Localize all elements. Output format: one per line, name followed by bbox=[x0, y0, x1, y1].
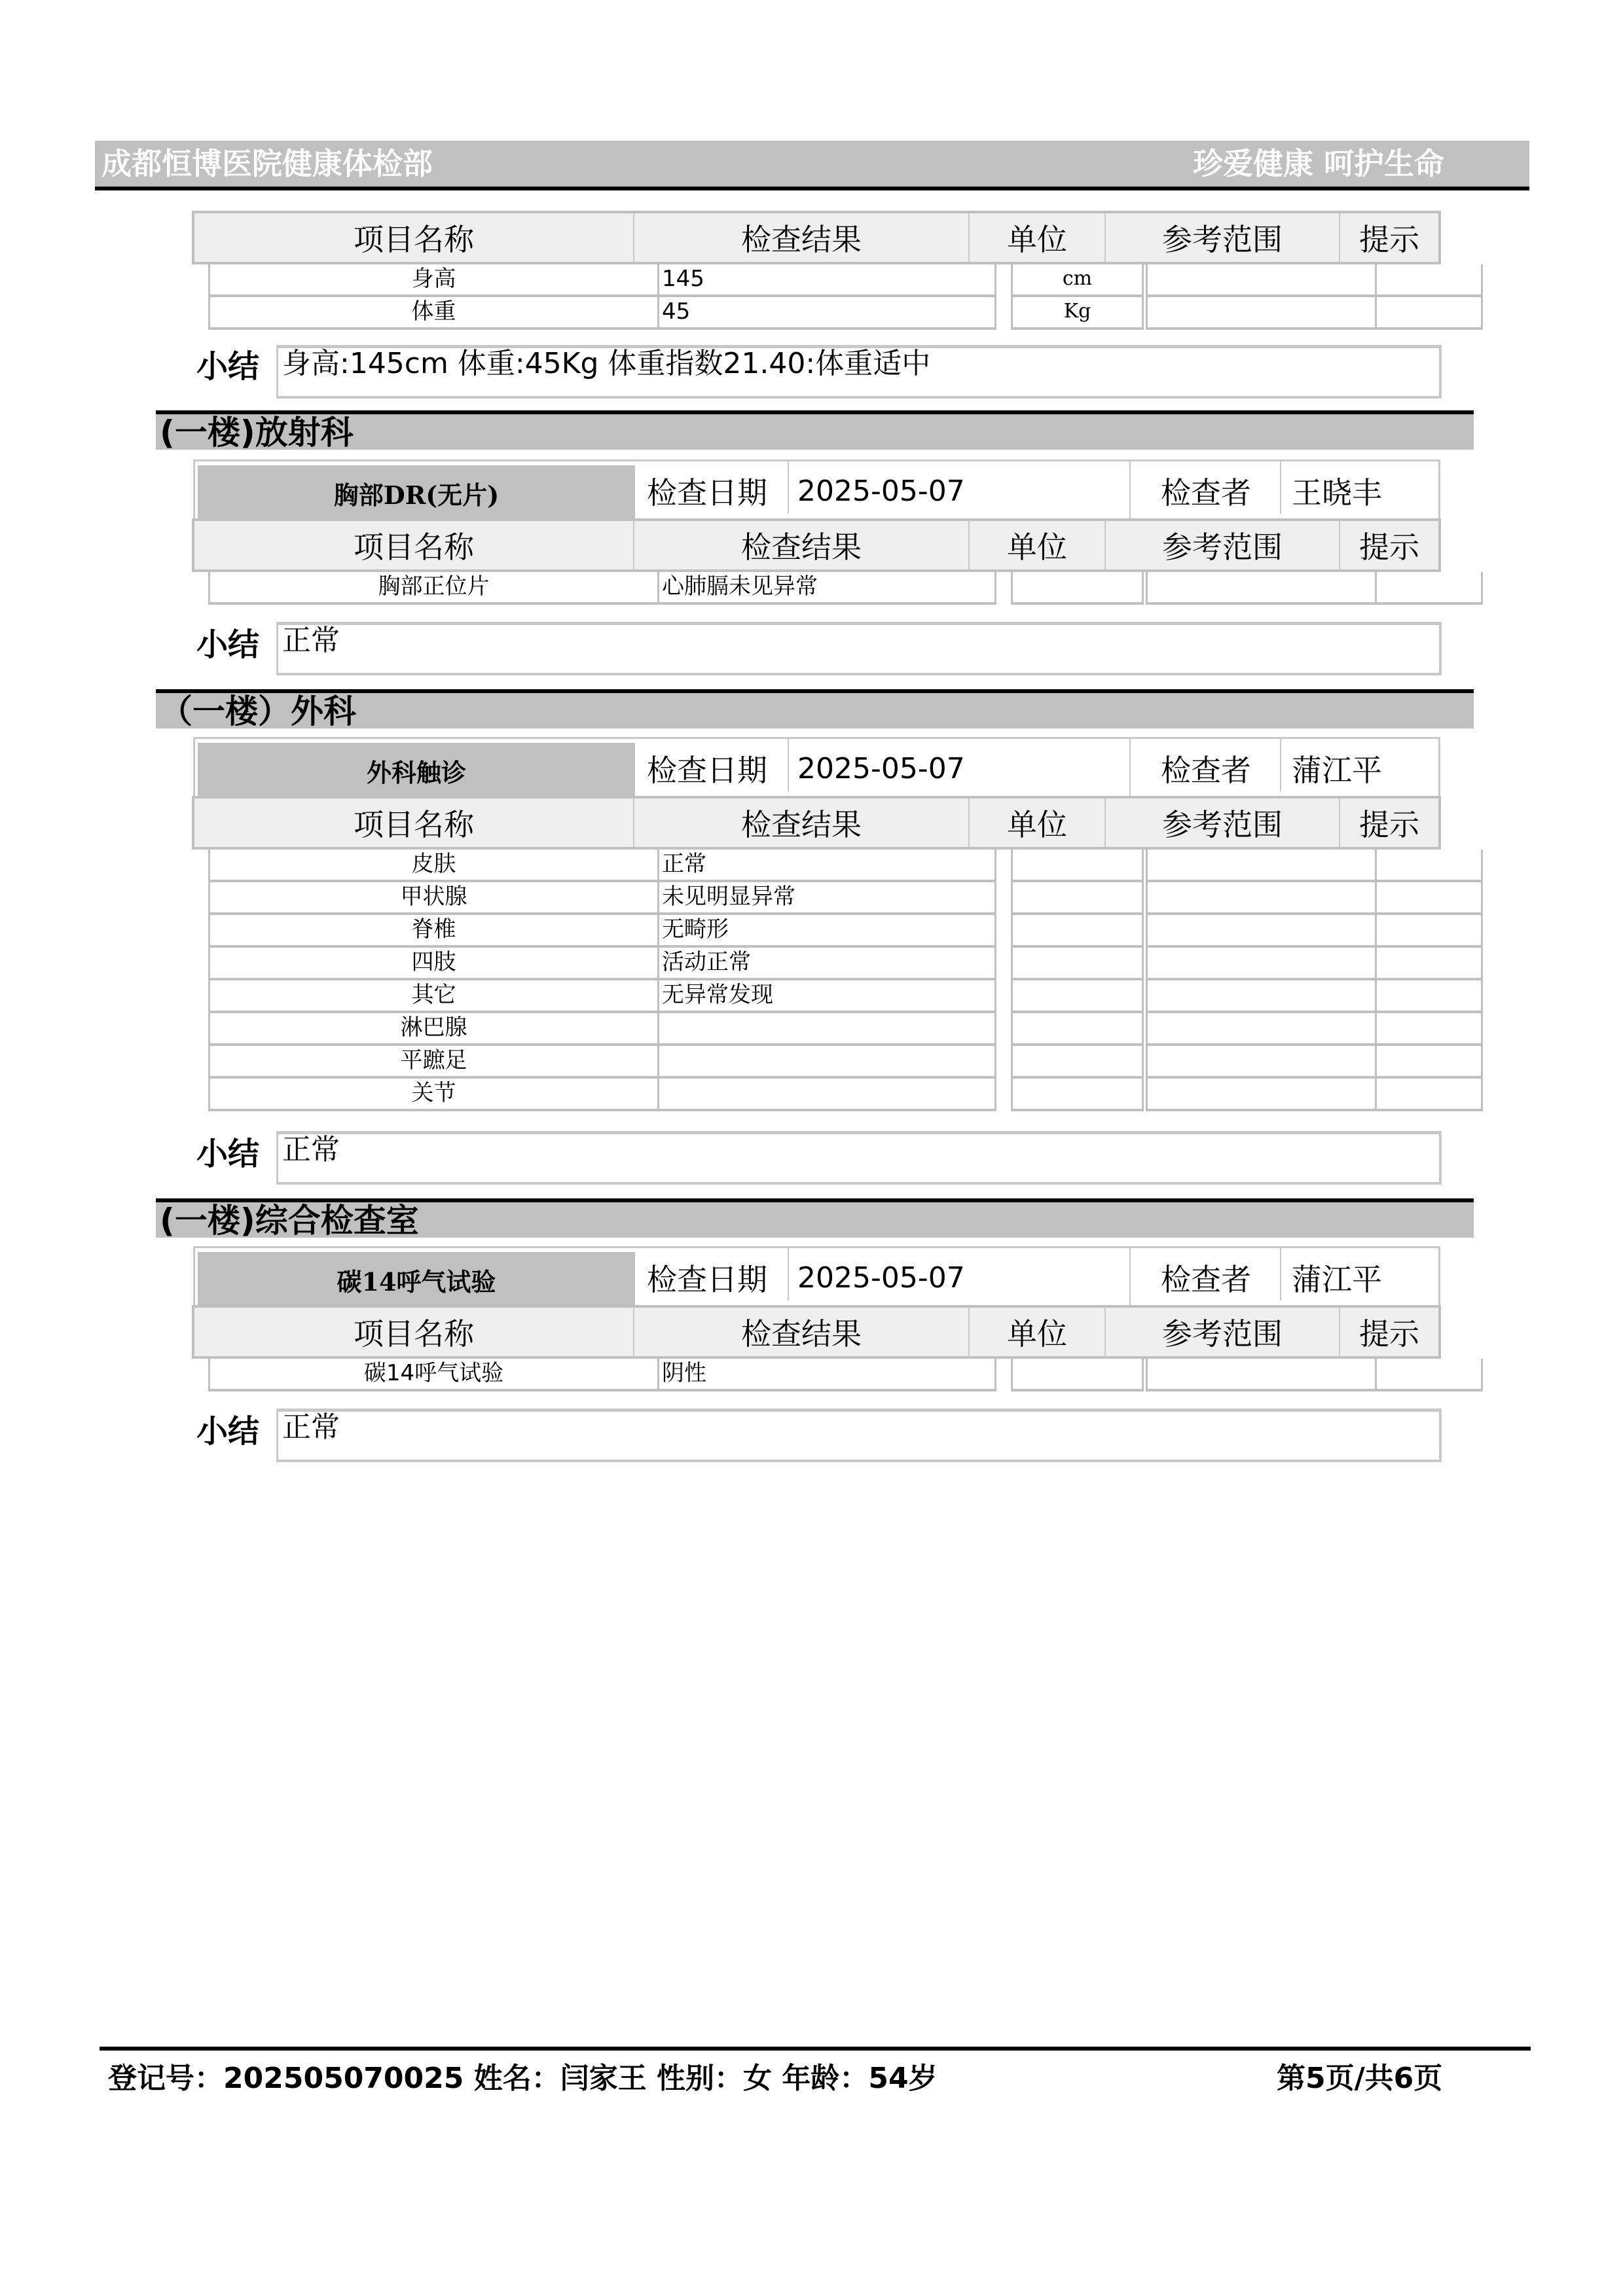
column-header: 项目名称 检查结果 单位 参考范围 提示 bbox=[192, 518, 1441, 572]
exam-date-value: 2025-05-07 bbox=[797, 461, 965, 520]
exam-date-label: 检查日期 bbox=[647, 1248, 767, 1307]
col-item-name: 项目名称 bbox=[194, 798, 634, 847]
row-unit: cm bbox=[1011, 264, 1142, 297]
table-row: 体重 45 Kg bbox=[208, 297, 1485, 330]
row-reference bbox=[1146, 850, 1375, 882]
row-reference bbox=[1146, 1079, 1375, 1111]
row-reference bbox=[1146, 572, 1375, 605]
exam-date-label: 检查日期 bbox=[647, 461, 767, 520]
col-hint: 提示 bbox=[1340, 1308, 1438, 1356]
row-result: 45 bbox=[657, 297, 996, 330]
patient-info: 登记号：202505070025 姓名：闫家王 性别：女 年龄：54岁 bbox=[108, 2060, 938, 2097]
col-reference: 参考范围 bbox=[1106, 521, 1340, 569]
col-reference: 参考范围 bbox=[1106, 798, 1340, 847]
row-result: 正常 bbox=[657, 850, 996, 882]
row-result bbox=[657, 1079, 996, 1111]
row-reference bbox=[1146, 1359, 1375, 1391]
row-item-name: 碳14呼气试验 bbox=[208, 1359, 657, 1391]
page-number: 第5页/共6页 bbox=[1277, 2060, 1442, 2097]
column-header: 项目名称 检查结果 单位 参考范围 提示 bbox=[192, 796, 1441, 850]
row-item-name: 四肢 bbox=[208, 948, 657, 980]
exam-date-label: 检查日期 bbox=[647, 739, 767, 798]
row-hint bbox=[1375, 948, 1483, 980]
summary-box: 正常 bbox=[276, 1408, 1442, 1462]
divider bbox=[1280, 739, 1281, 791]
summary-text: 正常 bbox=[282, 1133, 340, 1167]
table-row: 皮肤 正常 bbox=[208, 850, 1485, 882]
row-reference bbox=[1146, 948, 1375, 980]
row-result: 145 bbox=[657, 264, 996, 297]
row-hint bbox=[1375, 297, 1483, 330]
row-hint bbox=[1375, 980, 1483, 1013]
row-item-name: 身高 bbox=[208, 264, 657, 297]
section-title: (一楼)综合检查室 bbox=[160, 1201, 419, 1240]
summary-label: 小结 bbox=[196, 625, 268, 664]
col-item-name: 项目名称 bbox=[194, 213, 634, 262]
summary-text: 正常 bbox=[282, 1410, 340, 1444]
row-reference bbox=[1146, 297, 1375, 330]
summary-box: 正常 bbox=[276, 622, 1442, 675]
col-item-name: 项目名称 bbox=[194, 1308, 634, 1356]
row-item-name: 皮肤 bbox=[208, 850, 657, 882]
exam-info-row: 胸部DR(无片) 检查日期 2025-05-07 检查者 王晓丰 bbox=[193, 459, 1440, 518]
examiner-value: 王晓丰 bbox=[1292, 461, 1382, 520]
row-hint bbox=[1375, 1359, 1483, 1391]
column-header: 项目名称 检查结果 单位 参考范围 提示 bbox=[192, 211, 1441, 264]
table-row: 其它 无异常发现 bbox=[208, 980, 1485, 1013]
row-unit bbox=[1011, 948, 1142, 980]
divider bbox=[1280, 1248, 1281, 1300]
exam-info-row: 碳14呼气试验 检查日期 2025-05-07 检查者 蒲江平 bbox=[193, 1246, 1440, 1305]
section-title-bar: (一楼)放射科 bbox=[156, 410, 1474, 450]
examiner-label: 检查者 bbox=[1161, 739, 1251, 798]
row-hint bbox=[1375, 882, 1483, 915]
row-reference bbox=[1146, 1046, 1375, 1079]
row-unit bbox=[1011, 1013, 1142, 1046]
row-reference bbox=[1146, 882, 1375, 915]
col-result: 检查结果 bbox=[634, 1308, 970, 1356]
divider bbox=[1129, 1248, 1131, 1307]
row-item-name: 甲状腺 bbox=[208, 882, 657, 915]
table-row: 关节 bbox=[208, 1079, 1485, 1111]
row-reference bbox=[1146, 980, 1375, 1013]
summary-label: 小结 bbox=[196, 347, 268, 386]
row-unit: Kg bbox=[1011, 297, 1142, 330]
section-title: (一楼)放射科 bbox=[160, 413, 354, 452]
row-hint bbox=[1375, 850, 1483, 882]
row-result: 无异常发现 bbox=[657, 980, 996, 1013]
row-unit bbox=[1011, 1046, 1142, 1079]
row-unit bbox=[1011, 980, 1142, 1013]
divider bbox=[1129, 739, 1131, 798]
table-row: 甲状腺 未见明显异常 bbox=[208, 882, 1485, 915]
col-item-name: 项目名称 bbox=[194, 521, 634, 569]
row-reference bbox=[1146, 915, 1375, 948]
row-hint bbox=[1375, 915, 1483, 948]
row-item-name: 关节 bbox=[208, 1079, 657, 1111]
row-result bbox=[657, 1046, 996, 1079]
row-item-name: 胸部正位片 bbox=[208, 572, 657, 605]
row-result bbox=[657, 1013, 996, 1046]
table-row: 平蹠足 bbox=[208, 1046, 1485, 1079]
row-hint bbox=[1375, 264, 1483, 297]
col-unit: 单位 bbox=[970, 213, 1106, 262]
column-header: 项目名称 检查结果 单位 参考范围 提示 bbox=[192, 1305, 1441, 1359]
summary-label: 小结 bbox=[196, 1134, 268, 1174]
col-result: 检查结果 bbox=[634, 521, 970, 569]
row-reference bbox=[1146, 1013, 1375, 1046]
row-hint bbox=[1375, 1079, 1483, 1111]
row-unit bbox=[1011, 882, 1142, 915]
table-row: 脊椎 无畸形 bbox=[208, 915, 1485, 948]
row-result: 阴性 bbox=[657, 1359, 996, 1391]
row-unit bbox=[1011, 1359, 1142, 1391]
col-reference: 参考范围 bbox=[1106, 1308, 1340, 1356]
exam-name: 外科触诊 bbox=[198, 743, 635, 798]
table-row: 碳14呼气试验 阴性 bbox=[208, 1359, 1485, 1391]
examiner-value: 蒲江平 bbox=[1292, 1248, 1382, 1307]
divider bbox=[788, 461, 789, 514]
section-title: （一楼）外科 bbox=[160, 692, 356, 731]
footer-rule bbox=[100, 2047, 1531, 2051]
table-row: 胸部正位片 心肺膈未见异常 bbox=[208, 572, 1485, 605]
exam-name: 碳14呼气试验 bbox=[198, 1252, 635, 1307]
slogan: 珍爱健康 呵护生命 bbox=[1193, 146, 1444, 181]
col-result: 检查结果 bbox=[634, 213, 970, 262]
divider bbox=[1129, 461, 1131, 520]
row-item-name: 平蹠足 bbox=[208, 1046, 657, 1079]
divider bbox=[1280, 461, 1281, 514]
row-hint bbox=[1375, 1046, 1483, 1079]
section-title-bar: (一楼)综合检查室 bbox=[156, 1198, 1474, 1238]
row-hint bbox=[1375, 572, 1483, 605]
divider bbox=[788, 1248, 789, 1300]
row-result: 未见明显异常 bbox=[657, 882, 996, 915]
row-reference bbox=[1146, 264, 1375, 297]
row-result: 活动正常 bbox=[657, 948, 996, 980]
section-title-bar: （一楼）外科 bbox=[156, 689, 1474, 728]
table-row: 四肢 活动正常 bbox=[208, 948, 1485, 980]
summary-box: 正常 bbox=[276, 1131, 1442, 1185]
examiner-label: 检查者 bbox=[1161, 461, 1251, 520]
row-item-name: 其它 bbox=[208, 980, 657, 1013]
summary-text: 身高:145cm 体重:45Kg 体重指数21.40:体重适中 bbox=[282, 347, 930, 381]
row-unit bbox=[1011, 1079, 1142, 1111]
col-unit: 单位 bbox=[970, 798, 1106, 847]
row-hint bbox=[1375, 1013, 1483, 1046]
org-title: 成都恒博医院健康体检部 bbox=[101, 146, 433, 181]
summary-label: 小结 bbox=[196, 1412, 268, 1451]
col-hint: 提示 bbox=[1340, 521, 1438, 569]
row-item-name: 淋巴腺 bbox=[208, 1013, 657, 1046]
header-rule bbox=[95, 187, 1529, 190]
page-header: 成都恒博医院健康体检部 珍爱健康 呵护生命 bbox=[95, 141, 1529, 187]
row-result: 无畸形 bbox=[657, 915, 996, 948]
row-unit bbox=[1011, 850, 1142, 882]
exam-name: 胸部DR(无片) bbox=[198, 465, 635, 520]
row-unit bbox=[1011, 572, 1142, 605]
exam-info-row: 外科触诊 检查日期 2025-05-07 检查者 蒲江平 bbox=[193, 737, 1440, 796]
row-result: 心肺膈未见异常 bbox=[657, 572, 996, 605]
col-unit: 单位 bbox=[970, 521, 1106, 569]
col-hint: 提示 bbox=[1340, 798, 1438, 847]
table-row: 身高 145 cm bbox=[208, 264, 1485, 297]
row-item-name: 体重 bbox=[208, 297, 657, 330]
table-row: 淋巴腺 bbox=[208, 1013, 1485, 1046]
col-hint: 提示 bbox=[1340, 213, 1438, 262]
examiner-label: 检查者 bbox=[1161, 1248, 1251, 1307]
row-unit bbox=[1011, 915, 1142, 948]
summary-box: 身高:145cm 体重:45Kg 体重指数21.40:体重适中 bbox=[276, 345, 1442, 399]
col-reference: 参考范围 bbox=[1106, 213, 1340, 262]
row-item-name: 脊椎 bbox=[208, 915, 657, 948]
col-unit: 单位 bbox=[970, 1308, 1106, 1356]
col-result: 检查结果 bbox=[634, 798, 970, 847]
exam-date-value: 2025-05-07 bbox=[797, 739, 965, 798]
examiner-value: 蒲江平 bbox=[1292, 739, 1382, 798]
divider bbox=[788, 739, 789, 791]
summary-text: 正常 bbox=[282, 624, 340, 658]
exam-date-value: 2025-05-07 bbox=[797, 1248, 965, 1307]
